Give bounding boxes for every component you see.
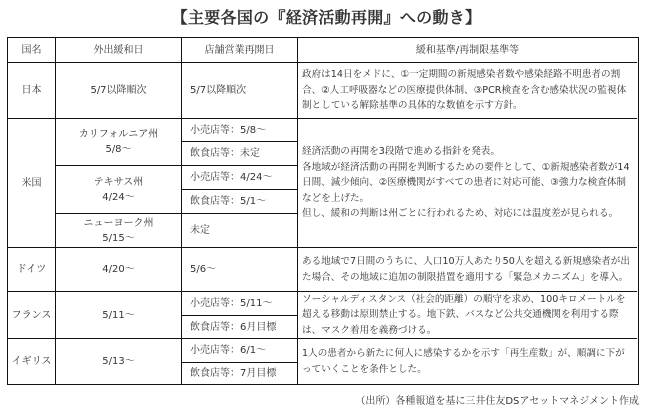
country-uk: イギリス <box>8 338 55 384</box>
state-outing-date: 4/24～ <box>102 190 134 205</box>
usa-state-california: カリフォルニア州 5/8～ <box>55 118 181 165</box>
usa-criteria-line-1: 経済活動の再開を3段階で進める指針を発表。 <box>302 144 500 160</box>
state-name: ニューヨーク州 <box>84 216 154 231</box>
country-germany: ドイツ <box>8 247 55 291</box>
texas-retail: 小売店等：4/24～ <box>181 165 297 189</box>
state-name: カリフォルニア州 <box>79 127 159 142</box>
uk-retail: 小売店等：6/1～ <box>181 338 297 362</box>
header-criteria: 緩和基準/再制限基準等 <box>297 38 637 62</box>
japan-store-date: 5/7以降順次 <box>181 62 297 118</box>
california-retail: 小売店等：5/8～ <box>181 118 297 141</box>
uk-restaurant: 飲食店等：7月目標 <box>181 362 297 384</box>
usa-criteria: 経済活動の再開を3段階で進める指針を発表。 各地域が経済活動の再開を判断するため… <box>297 118 637 247</box>
uk-outing-date: 5/13～ <box>55 338 181 384</box>
usa-criteria-line-2: 各地域が経済活動の再開を判断するための要件として、①新規感染者数が14日間、減少… <box>302 160 633 207</box>
uk-criteria: 1人の患者から新たに何人に感染するかを示す「再生産数」が、順調に下がっていくこと… <box>297 338 637 384</box>
new-york-store: 未定 <box>181 213 297 247</box>
france-retail: 小売店等：5/11～ <box>181 291 297 315</box>
germany-outing-date: 4/20～ <box>55 247 181 291</box>
california-restaurant: 飲食店等：未定 <box>181 141 297 165</box>
page-title: 【主要各国の『経済活動再開』への動き】 <box>0 5 653 28</box>
usa-state-new-york: ニューヨーク州 5/15～ <box>55 213 181 247</box>
header-store-reopen-date: 店舗営業再開日 <box>181 38 297 62</box>
germany-criteria: ある地域で7日間のうちに、人口10万人あたり50人を超える新規感染者が出た場合、… <box>297 247 637 291</box>
source-note: （出所）各種報道を基に三井住友DSアセットマネジメント作成 <box>355 392 639 407</box>
state-outing-date: 5/15～ <box>102 231 134 246</box>
header-country: 国名 <box>8 38 55 62</box>
france-restaurant: 飲食店等：6月目標 <box>181 315 297 338</box>
france-criteria: ソーシャルディスタンス（社会的距離）の順守を求め、100キロメートルを超える移動… <box>297 291 637 338</box>
country-usa: 米国 <box>8 118 55 247</box>
header-outing-date: 外出緩和日 <box>55 38 181 62</box>
usa-state-texas: テキサス州 4/24～ <box>55 165 181 213</box>
state-name: テキサス州 <box>94 175 144 190</box>
japan-outing-date: 5/7以降順次 <box>55 62 181 118</box>
usa-criteria-line-3: 但し、緩和の判断は州ごとに行われるため、対応には温度差が見られる。 <box>302 206 618 222</box>
country-japan: 日本 <box>8 62 55 118</box>
germany-store-date: 5/6～ <box>181 247 297 291</box>
france-outing-date: 5/11～ <box>55 291 181 338</box>
texas-restaurant: 飲食店等：5/1～ <box>181 189 297 213</box>
state-outing-date: 5/8～ <box>105 142 131 157</box>
economic-reopening-table: 国名 外出緩和日 店舗営業再開日 緩和基準/再制限基準等 日本 5/7以降順次 … <box>7 37 639 385</box>
japan-criteria: 政府は14日をメドに、①一定期間の新規感染者数や感染経路不明患者の割合、②人工呼… <box>297 62 637 118</box>
country-france: フランス <box>8 291 55 338</box>
